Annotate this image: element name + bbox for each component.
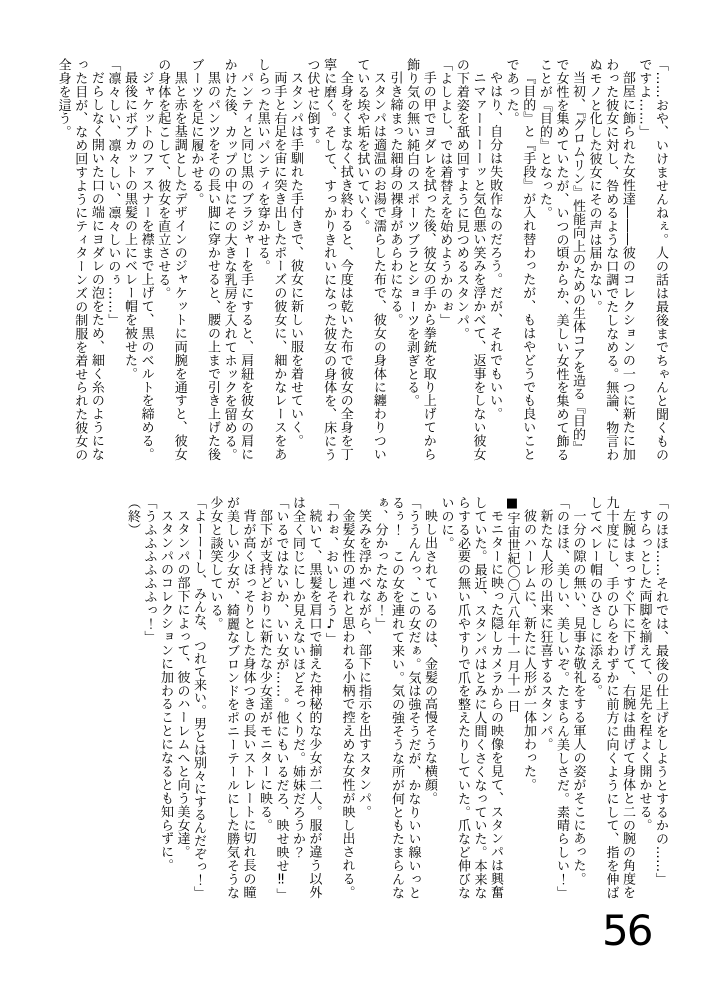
paragraph: スタンパのコレクションに加わることになるとも知らずに。 xyxy=(157,496,174,900)
paragraph: 「……おや、いけませんねぇ。人の話は最後までちゃんと聞くものですよ……」 xyxy=(635,58,668,462)
paragraph: ジャケットのファスナーを襟まで上げて、黒のベルトを締める。 xyxy=(137,58,154,462)
paragraph: 金髪女性の連れと思われる小柄で控えめな女性が映し出される。 xyxy=(338,496,355,900)
paragraph: 当初、『グロムリン』性能向上のための生体コアを造る『目的』で女性を集めていたが、… xyxy=(535,58,585,462)
paragraph: 「よーーーし、みんな、つれて来い。男とは別々にするんだぞっ！」 xyxy=(190,496,207,900)
paragraph: 「よしよし、では着替えを始めようかのぉ」 xyxy=(436,58,453,462)
paragraph: 背が高くほっそりとした身体つきの長いストレートに切れ長の瞳が美しい少女が、綺麗な… xyxy=(206,496,256,900)
paragraph: 左腕はまっすぐ下に下げて、右腕は曲げて身体と二の腕の角度を九十度にし、手のひらを… xyxy=(586,496,636,900)
paragraph: 両手と右足を宙に突き出したポーズの彼女に、細かなレースをあしらった黒いパンティを… xyxy=(253,58,286,462)
paragraph: 部下が支持どおりに新たな少女達がモニターに映る。 xyxy=(256,496,273,900)
novel-page: 「……おや、いけませんねぇ。人の話は最後までちゃんと聞くものですよ……」 部屋に… xyxy=(0,0,715,1000)
paragraph: 新たな人形の出来に狂喜するスタンパ。 xyxy=(536,496,553,900)
paragraph: 「うふふふふふふっ！」 xyxy=(140,496,157,900)
paragraph: だらしなく開いた口の端にヨダレの泡をため、細く糸のようになった目が、なめ回すよう… xyxy=(54,58,104,462)
paragraph: スタンパは適温のお湯で濡らした布で、彼女の身体に纏わりついている埃や垢を拭いてい… xyxy=(353,58,386,462)
date-heading: ■宇宙世紀〇〇八八年十一月十一日 xyxy=(503,496,520,900)
end-mark: （終） xyxy=(124,496,141,900)
paragraph: 黒のパンツをその長い脚に穿かせると、腰の上まで引き上げた後ブーツを足に履かせる。 xyxy=(187,58,220,462)
paragraph: ニマァーーーーッと気色悪い笑みを浮かべて、返事をしない彼女の下着姿を舐め回すよう… xyxy=(452,58,485,462)
paragraph: すらっとした両脚を揃えて、足先を程よく開かせる。 xyxy=(635,496,652,900)
paragraph: 「わぉ、おいしそう♪」 xyxy=(322,496,339,900)
paragraph: やはり、自分は失敗作なのだろう。だが、それでもいい。 xyxy=(485,58,502,462)
paragraph: 『目的』と『手段』が入れ替わったが、もはやどうでも良いことであった。 xyxy=(502,58,535,462)
paragraph: 「のほほ、美しい、美しいぞ。たまらん美しさだ。素晴らしい！」 xyxy=(553,496,570,900)
paragraph: 「凛々しい、凛々しい、凛々しいのぅ……」 xyxy=(104,58,121,462)
page-number: 56 xyxy=(602,910,651,952)
paragraph: 一分の隙の無い、見事な敬礼をする軍人の姿がそこにあった。 xyxy=(569,496,586,900)
text-block-top: 「……おや、いけませんねぇ。人の話は最後までちゃんと聞くものですよ……」 部屋に… xyxy=(54,58,668,462)
text-block-bottom: 「のほほ……それでは、最後の仕上げをしようとするかの……」 すらっとした両脚を揃… xyxy=(124,496,669,900)
paragraph: 映し出されているのは、金髪の高慢そうな横顔。 xyxy=(421,496,438,900)
paragraph: スタンパは手馴れた手付きで、彼女に新しい服を着せていく。 xyxy=(286,58,303,462)
paragraph: 部屋に飾られた女性達―――彼のコレクションの一つに新たに加わった彼女に対し、咎め… xyxy=(585,58,635,462)
paragraph: 手の甲でヨダレを拭った後、彼女の手から拳銃を取り上げてから飾り気の無い純白のスポ… xyxy=(403,58,436,462)
paragraph: 笑みを浮かべながら、部下に指示を出すスタンパ。 xyxy=(355,496,372,900)
paragraph: 「いるではないか、いい女が……。他にもいるだろ、映せ映せ‼」 xyxy=(272,496,289,900)
paragraph: 彼のハーレムに、新たに人形が一体加わった。 xyxy=(520,496,537,900)
paragraph: 全身をくまなく拭き終わると、今度は乾いた布で彼女の全身を丁寧に磨く。そして、すっ… xyxy=(303,58,353,462)
paragraph: 「のほほ……それでは、最後の仕上げをしようとするかの……」 xyxy=(652,496,669,900)
paragraph: パンティと同じ黒のブラジャーを手にすると、肩紐を彼女の肩にかけた後、カップの中に… xyxy=(220,58,253,462)
paragraph: スタンパの部下によって、彼のハーレムへと向う美女達。 xyxy=(173,496,190,900)
paragraph: 最後にボブカットの黒髪の上にベレー帽を被せた。 xyxy=(120,58,137,462)
paragraph: 引き締まった細身の裸身があらわになる。 xyxy=(386,58,403,462)
paragraph: 黒と赤を基調としたデザインのジャケットに両腕を通すと、彼女の身体を起こして、彼女… xyxy=(154,58,187,462)
paragraph: モニターに映った隠しカメラからの映像を見て、スタンパは興奮していた。最近、スタン… xyxy=(437,496,503,900)
paragraph: 「ううんんっ、この女だぁ。気は強そうだが、かなりいい線いっとるぅ！ この女を連れ… xyxy=(371,496,421,900)
paragraph: 続いて、黒髪を肩口で揃えた神秘的な少女が二人。服が違う以外は全く同じにしか見えな… xyxy=(289,496,322,900)
